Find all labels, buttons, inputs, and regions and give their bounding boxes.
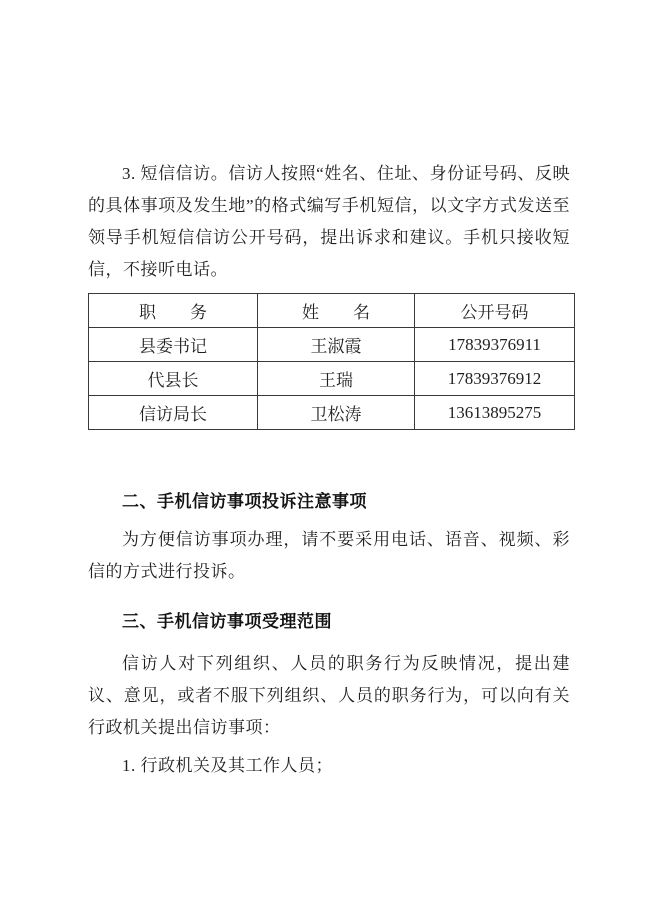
cell-position: 县委书记	[89, 328, 258, 362]
table-header-row: 职 务 姓 名 公开号码	[89, 294, 575, 328]
cell-public-number: 13613895275	[415, 396, 575, 430]
paragraph-acceptance-scope: 信访人对下列组织、人员的职务行为反映情况，提出建议、意见，或者不服下列组织、人员…	[88, 648, 570, 744]
section-heading-acceptance-scope: 三、手机信访事项受理范围	[88, 610, 570, 634]
header-name: 姓 名	[258, 294, 415, 328]
table-row: 信访局长 卫松涛 13613895275	[89, 396, 575, 430]
table-row: 代县长 王瑞 17839376912	[89, 362, 575, 396]
cell-name: 卫松涛	[258, 396, 415, 430]
paragraph-complaint-notes: 为方便信访事项办理，请不要采用电话、语音、视频、彩信的方式进行投诉。	[88, 524, 570, 588]
paragraph-sms-petition: 3. 短信信访。信访人按照“姓名、住址、身份证号码、反映的具体事项及发生地”的格…	[88, 158, 570, 286]
header-position: 职 务	[89, 294, 258, 328]
header-public-number: 公开号码	[415, 294, 575, 328]
cell-name: 王瑞	[258, 362, 415, 396]
cell-position: 信访局长	[89, 396, 258, 430]
document-page: 3. 短信信访。信访人按照“姓名、住址、身份证号码、反映的具体事项及发生地”的格…	[0, 0, 650, 920]
document-content: 3. 短信信访。信访人按照“姓名、住址、身份证号码、反映的具体事项及发生地”的格…	[0, 0, 650, 782]
cell-public-number: 17839376912	[415, 362, 575, 396]
cell-name: 王淑霞	[258, 328, 415, 362]
table-row: 县委书记 王淑霞 17839376911	[89, 328, 575, 362]
contact-numbers-table: 职 务 姓 名 公开号码 县委书记 王淑霞 17839376911 代县长 王瑞…	[88, 293, 575, 430]
cell-public-number: 17839376911	[415, 328, 575, 362]
cell-position: 代县长	[89, 362, 258, 396]
list-item-administrative-organs: 1. 行政机关及其工作人员；	[88, 750, 570, 782]
section-heading-complaint-notes: 二、手机信访事项投诉注意事项	[88, 490, 570, 514]
